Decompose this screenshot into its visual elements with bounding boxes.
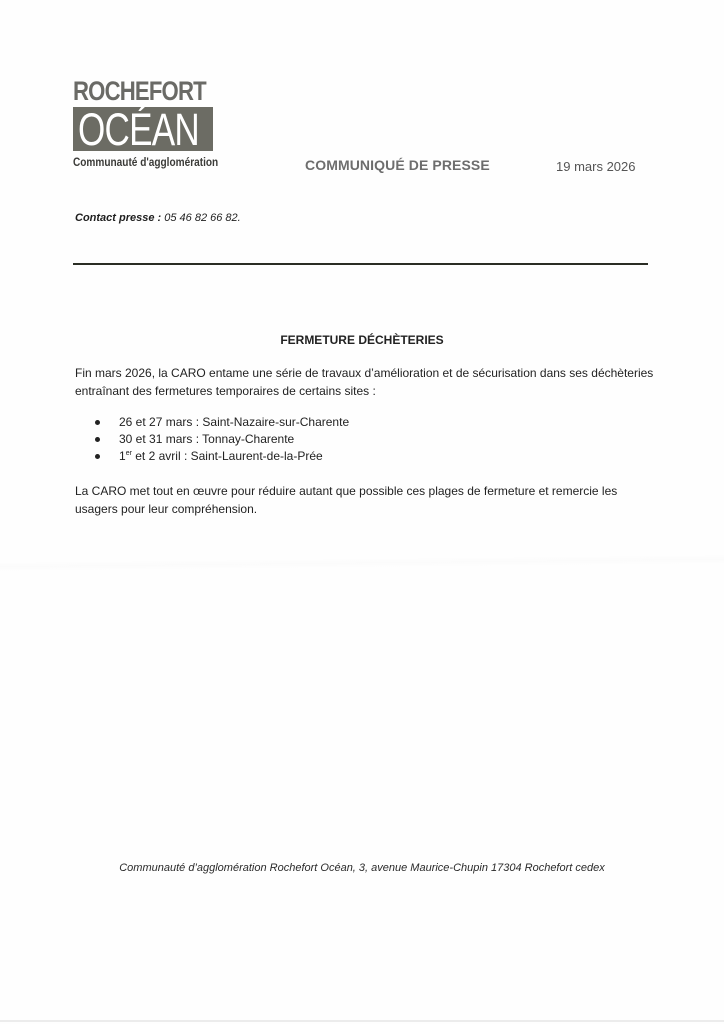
scan-edge (0, 1020, 724, 1022)
closure-dates-suffix: et 2 avril (132, 449, 181, 463)
closing-paragraph: La CARO met tout en œuvre pour réduire a… (75, 482, 655, 518)
logo-box: OCÉAN (73, 107, 213, 151)
list-item: 26 et 27 mars : Saint-Nazaire-sur-Charen… (91, 414, 349, 431)
bullet-icon (95, 420, 100, 425)
bullet-icon (95, 437, 100, 442)
closure-site: Saint-Nazaire-sur-Charente (202, 415, 349, 429)
intro-paragraph: Fin mars 2026, la CARO entame une série … (75, 364, 655, 400)
document-date: 19 mars 2026 (556, 159, 636, 174)
logo-top-text: ROCHEFORT (73, 78, 189, 104)
press-contact: Contact presse : 05 46 82 66 82. (75, 212, 241, 224)
separator: : (181, 449, 191, 463)
list-item: 30 et 31 mars : Tonnay-Charente (91, 431, 349, 448)
scan-artifact (0, 554, 724, 572)
press-contact-phone: 05 46 82 66 82. (164, 212, 240, 224)
logo-subtitle: Communauté d'agglomération (73, 155, 192, 169)
closure-dates: 30 et 31 mars (119, 432, 192, 446)
closure-dates-prefix: 1 (119, 449, 126, 463)
closure-site: Tonnay-Charente (202, 432, 294, 446)
closure-site: Saint-Laurent-de-la-Prée (191, 449, 323, 463)
separator: : (192, 432, 202, 446)
document-type-title: COMMUNIQUÉ DE PRESSE (305, 157, 490, 173)
press-release-page: ROCHEFORT OCÉAN Communauté d'agglomérati… (0, 0, 724, 1024)
closure-dates: 26 et 27 mars (119, 415, 192, 429)
closures-list: 26 et 27 mars : Saint-Nazaire-sur-Charen… (91, 414, 349, 465)
logo-box-text: OCÉAN (78, 107, 199, 151)
press-contact-label: Contact presse : (75, 212, 161, 224)
bullet-icon (95, 454, 100, 459)
footer-address: Communauté d’agglomération Rochefort Océ… (0, 862, 724, 874)
list-item: 1er et 2 avril : Saint-Laurent-de-la-Pré… (91, 448, 349, 465)
headline: FERMETURE DÉCHÈTERIES (0, 333, 724, 347)
rochefort-ocean-logo: ROCHEFORT OCÉAN Communauté d'agglomérati… (73, 78, 215, 169)
separator: : (192, 415, 202, 429)
horizontal-rule (73, 263, 648, 265)
